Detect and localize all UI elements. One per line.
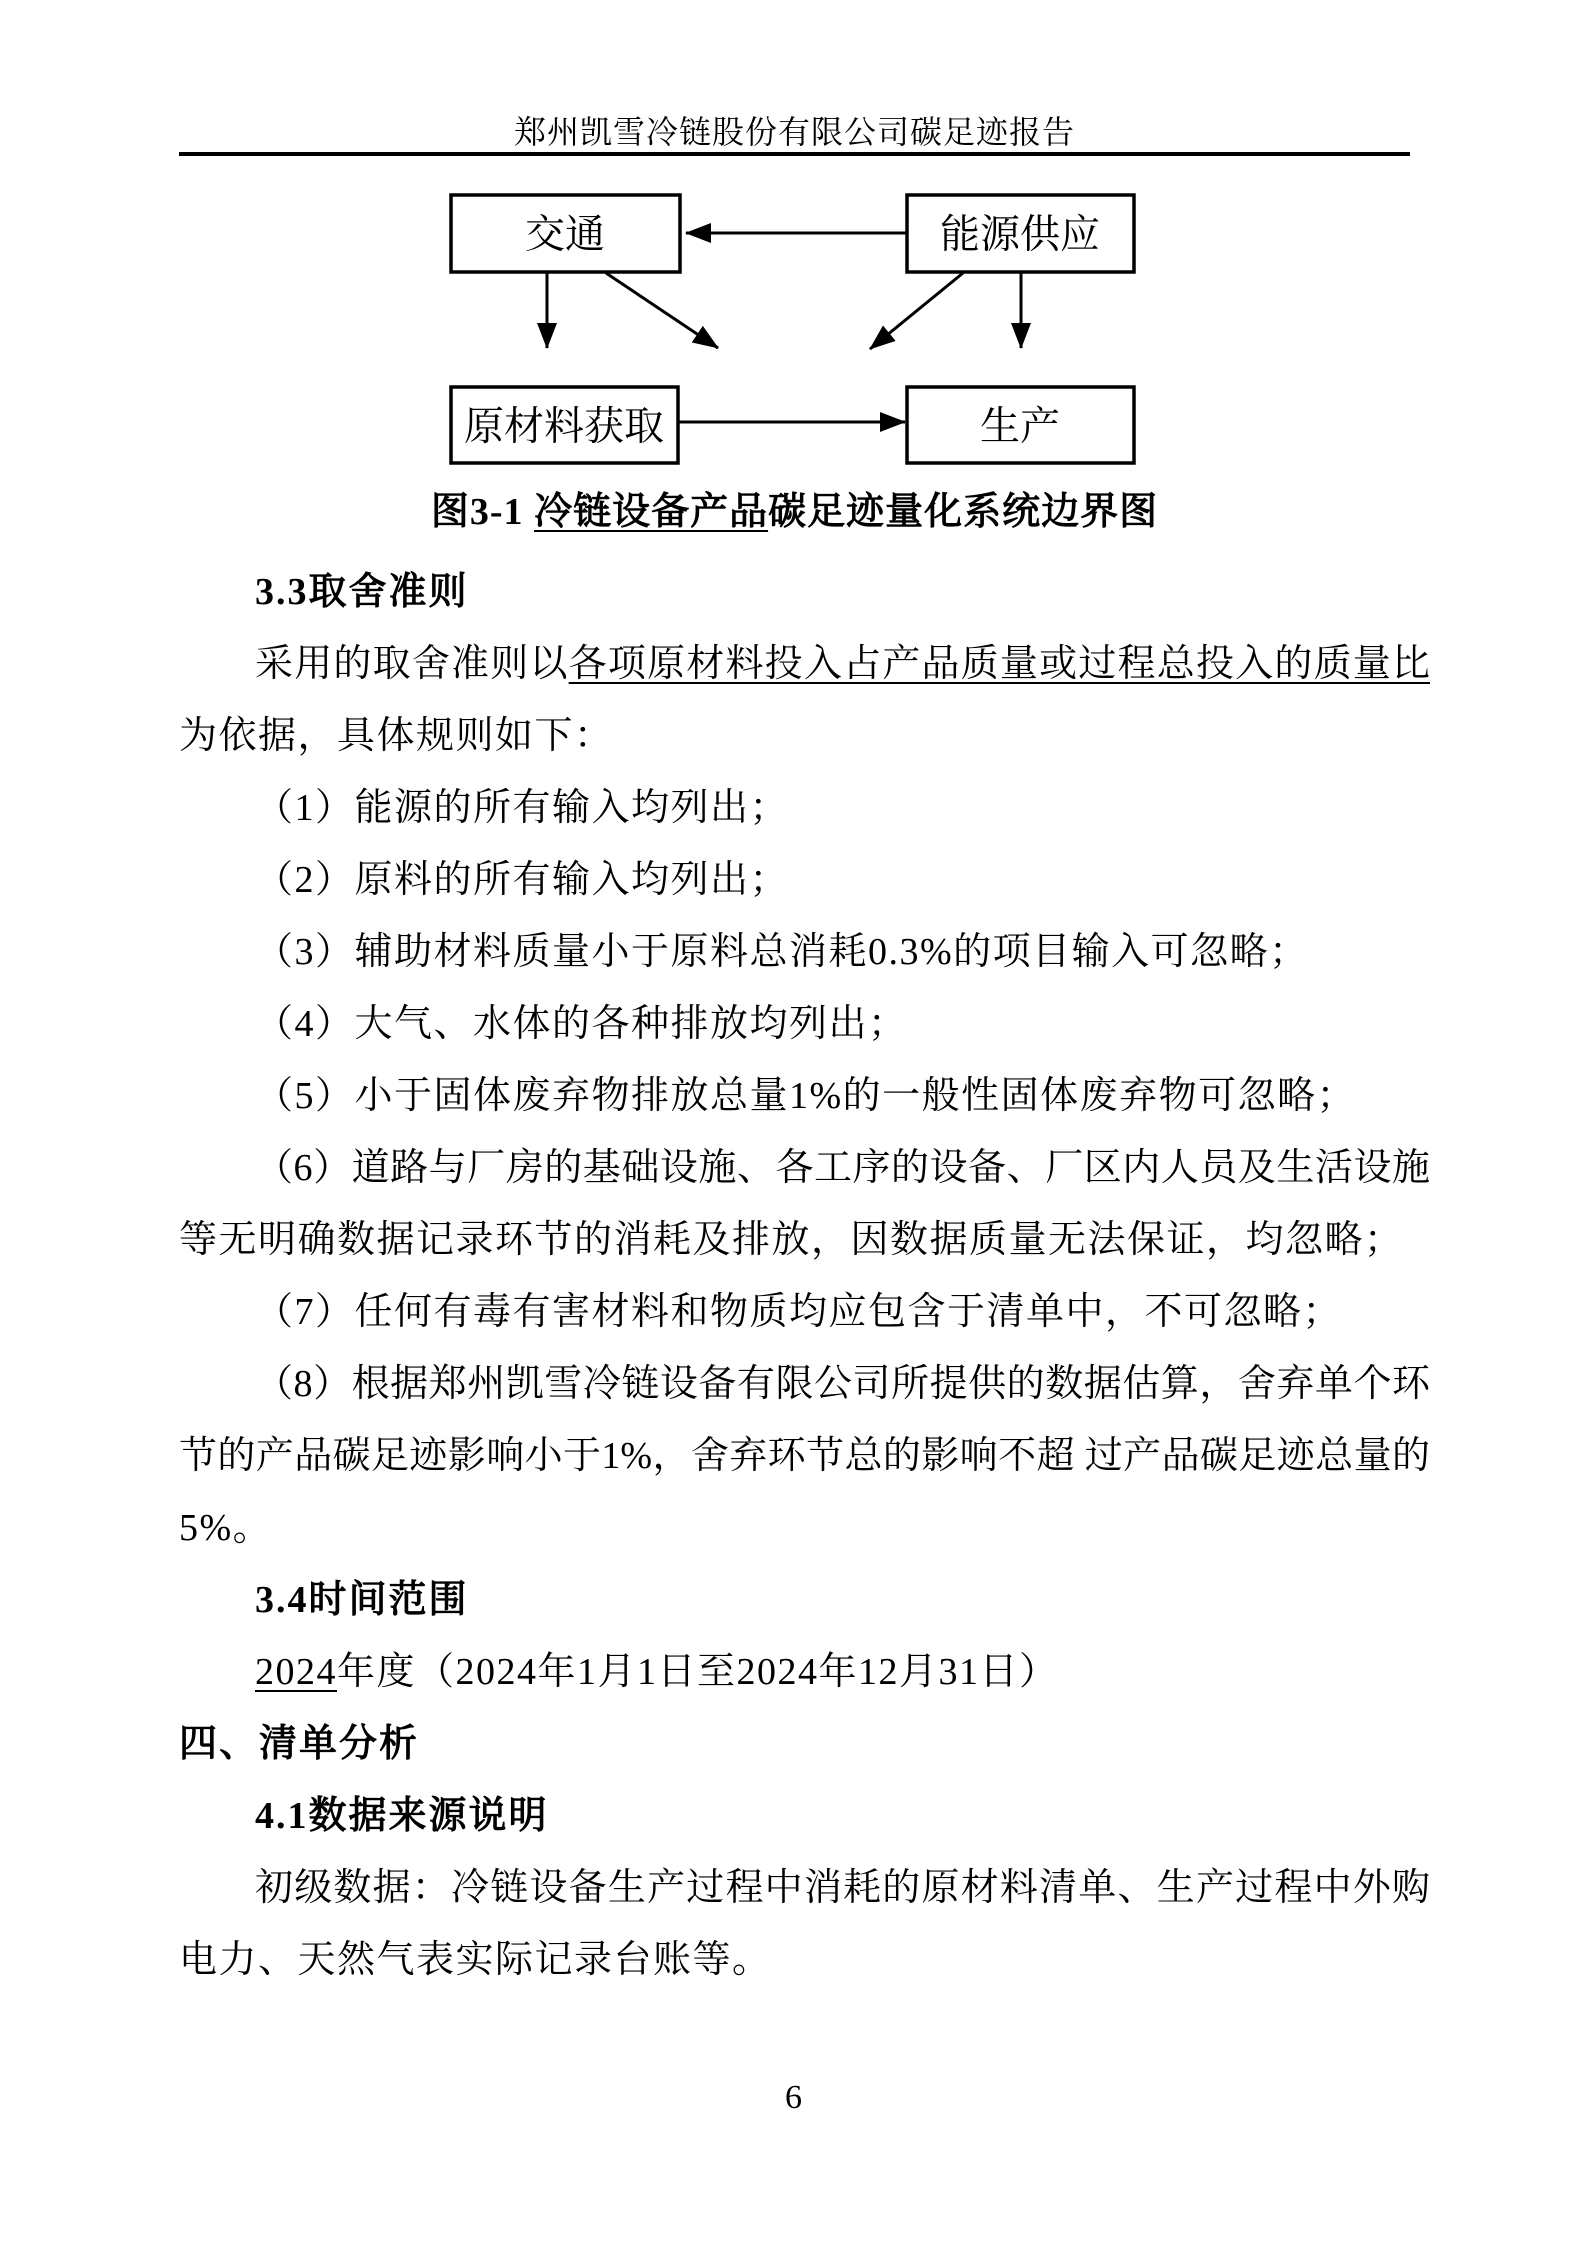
underlined-text: 2024 <box>255 1651 337 1693</box>
text-segment: （1）能源的所有输入均列出； <box>255 787 789 829</box>
text-line: 4.1数据来源说明 <box>179 1780 1430 1852</box>
text-segment: （3）辅助材料质量小于原料总消耗0.3%的项目输入可忽略； <box>255 931 1309 973</box>
text-segment: （4）大气、水体的各种排放均列出； <box>255 1003 908 1045</box>
text-segment: 节的产品碳足迹影响小于1%，舍弃环节总的影响不超 过产品碳足迹总量的 <box>179 1435 1430 1477</box>
text-segment: （5）小于固体废弃物排放总量1%的一般性固体废弃物可忽略； <box>255 1075 1356 1117</box>
arrow-transport-diagonal <box>606 273 718 348</box>
text-line: （5）小于固体废弃物排放总量1%的一般性固体废弃物可忽略； <box>179 1060 1430 1132</box>
text-segment: 电力、天然气表实际记录台账等。 <box>179 1939 772 1981</box>
text-line: （3）辅助材料质量小于原料总消耗0.3%的项目输入可忽略； <box>179 916 1430 988</box>
text-line: 电力、天然气表实际记录台账等。 <box>179 1924 1430 1996</box>
text-line: 采用的取舍准则以各项原材料投入占产品质量或过程总投入的质量比 <box>179 628 1430 700</box>
text-line: 为依据，具体规则如下： <box>179 700 1430 772</box>
text-line: （6）道路与厂房的基础设施、各工序的设备、厂区内人员及生活设施 <box>179 1132 1430 1204</box>
text-line: 2024年度（2024年1月1日至2024年12月31日） <box>179 1636 1430 1708</box>
text-segment: 等无明确数据记录环节的消耗及排放，因数据质量无法保证，均忽略； <box>179 1219 1404 1261</box>
text-line: （4）大气、水体的各种排放均列出； <box>179 988 1430 1060</box>
text-segment: 年度（2024年1月1日至2024年12月31日） <box>337 1651 1059 1693</box>
text-line: 3.4时间范围 <box>179 1564 1430 1636</box>
diagram-label-raw-material: 原材料获取 <box>464 404 664 449</box>
text-line: （1）能源的所有输入均列出； <box>179 772 1430 844</box>
text-segment: 5%。 <box>179 1507 272 1549</box>
text-line: 节的产品碳足迹影响小于1%，舍弃环节总的影响不超 过产品碳足迹总量的 <box>179 1420 1430 1492</box>
system-boundary-diagram: 交通 能源供应 原材料获取 生产 <box>0 0 1587 500</box>
text-line: （7）任何有毒有害材料和物质均应包含于清单中，不可忽略； <box>179 1276 1430 1348</box>
body-text: 3.3取舍准则采用的取舍准则以各项原材料投入占产品质量或过程总投入的质量比为依据… <box>179 556 1430 1996</box>
figure-caption: 图3-1 冷链设备产品碳足迹量化系统边界图 <box>179 492 1410 532</box>
text-line: 等无明确数据记录环节的消耗及排放，因数据质量无法保证，均忽略； <box>179 1204 1430 1276</box>
text-line: 3.3取舍准则 <box>179 556 1430 628</box>
diagram-label-production: 生产 <box>980 404 1060 449</box>
text-line: 5%。 <box>179 1492 1430 1564</box>
text-segment: 3.4时间范围 <box>255 1579 469 1621</box>
text-segment: 3.3取舍准则 <box>255 571 469 613</box>
text-segment: 初级数据：冷链设备生产过程中消耗的原材料清单、生产过程中外购 <box>255 1867 1430 1909</box>
text-segment: （2）原料的所有输入均列出； <box>255 859 789 901</box>
diagram-label-energy-supply: 能源供应 <box>940 212 1100 257</box>
text-line: （8）根据郑州凯雪冷链设备有限公司所提供的数据估算，舍弃单个环 <box>179 1348 1430 1420</box>
diagram-label-transport: 交通 <box>525 212 605 257</box>
text-segment: 四、清单分析 <box>179 1723 419 1765</box>
page-number: 6 <box>0 2078 1587 2118</box>
text-line: （2）原料的所有输入均列出； <box>179 844 1430 916</box>
underlined-text: 各项原材料投入占产品质量或过程总投入的质量比 <box>569 643 1430 685</box>
text-segment: 采用的取舍准则以 <box>255 643 569 685</box>
text-segment: 碳足迹量化系统边界图 <box>768 491 1158 533</box>
report-page: 郑州凯雪冷链股份有限公司碳足迹报告 交通 能源供应 原材料获取 生产 图3-1 … <box>0 0 1587 2245</box>
text-segment: （6）道路与厂房的基础设施、各工序的设备、厂区内人员及生活设施 <box>255 1147 1430 1189</box>
text-segment: （8）根据郑州凯雪冷链设备有限公司所提供的数据估算，舍弃单个环 <box>255 1363 1430 1405</box>
text-segment: 为依据，具体规则如下： <box>179 715 614 757</box>
text-line: 初级数据：冷链设备生产过程中消耗的原材料清单、生产过程中外购 <box>179 1852 1430 1924</box>
underlined-text: 冷链设备产品 <box>534 491 768 533</box>
text-line: 四、清单分析 <box>179 1708 1430 1780</box>
arrow-energy-diagonal <box>870 273 963 349</box>
text-segment: 4.1数据来源说明 <box>255 1795 549 1837</box>
text-segment: （7）任何有毒有害材料和物质均应包含于清单中，不可忽略； <box>255 1291 1342 1333</box>
text-segment: 图3-1 <box>431 491 534 533</box>
